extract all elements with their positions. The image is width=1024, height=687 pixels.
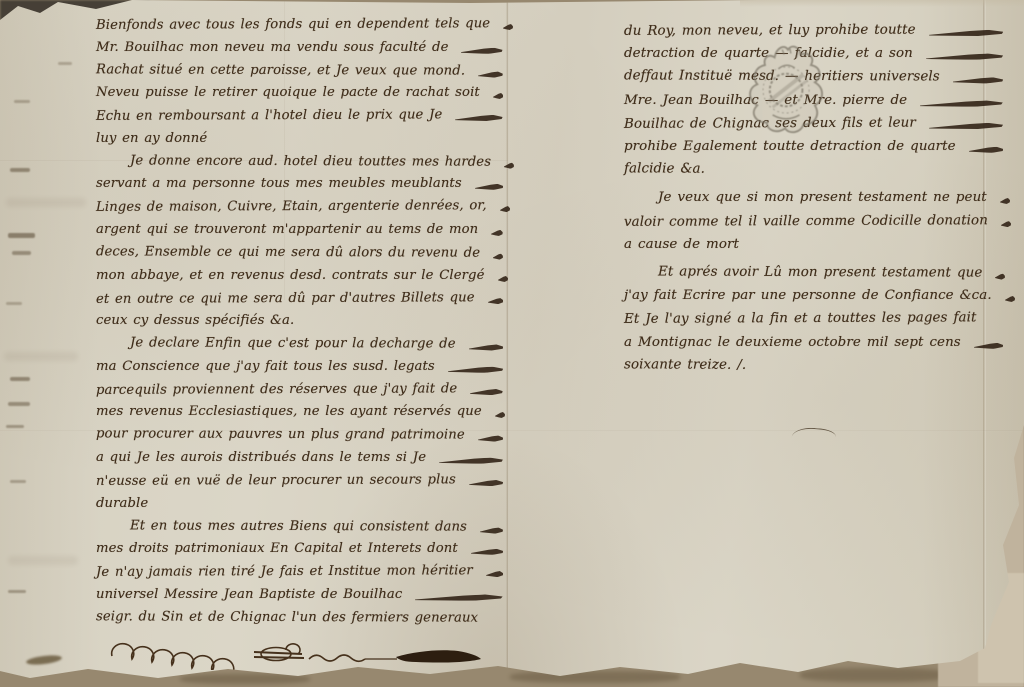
manuscript-line-text: Bienfonds avec tous les fonds qui en dep…: [96, 16, 490, 33]
manuscript-line-text: du Roy, mon neveu, et luy prohibe toutte: [624, 23, 916, 39]
ink-bleed-mark: [8, 402, 30, 406]
manuscript-line-text: Echu en remboursant a l'hotel dieu le pr…: [96, 107, 442, 124]
manuscript-line: pour procurer aux pauvres un plus grand …: [96, 423, 506, 447]
paper-sheet: Bienfonds avec tous les fonds qui en dep…: [0, 0, 1024, 687]
manuscript-line-text: Et en tous mes autres Biens qui consiste…: [130, 518, 467, 534]
ink-bleed-mark: [14, 100, 30, 103]
ink-bleed-mark: [10, 480, 26, 483]
manuscript-line: mon abbaye, et en revenus desd. contrats…: [96, 264, 506, 287]
ink-hairline-mark: [792, 426, 837, 441]
manuscript-line: mes droits patrimoniaux En Capital et In…: [96, 537, 506, 560]
manuscript-line-text: durable: [96, 496, 148, 511]
manuscript-line: Je declare Enfin que c'est pour la decha…: [96, 331, 506, 355]
manuscript-line-text: argent qui se trouveront m'appartenir au…: [96, 222, 478, 237]
center-fold-crease: [506, 0, 509, 687]
manuscript-line-text: servant a ma personne tous mes meubles m…: [96, 176, 462, 191]
manuscript-line-text: pour procurer aux pauvres un plus grand …: [96, 427, 465, 443]
ink-bleed-mark: [6, 425, 24, 428]
manuscript-line-text: Je declare Enfin que c'est pour la decha…: [130, 335, 456, 351]
manuscript-line: ceux cy dessus spécifiés &a.: [96, 309, 506, 332]
ink-bleed-mark: [8, 233, 35, 238]
manuscript-line: soixante treize. /.: [624, 353, 1006, 378]
manuscript-line: Echu en remboursant a l'hotel dieu le pr…: [96, 103, 506, 128]
manuscript-line: Et aprés avoir Lû mon present testament …: [624, 260, 1006, 285]
backdrop-blotch: [800, 668, 950, 682]
manuscript-line-text: j'ay fait Ecrire par une personne de Con…: [624, 288, 992, 303]
manuscript-line: Et en tous mes autres Biens qui consiste…: [96, 514, 506, 538]
manuscript-line: mes revenus Ecclesiastiques, ne les ayan…: [96, 401, 506, 424]
manuscript-line-text: ceux cy dessus spécifiés &a.: [96, 313, 294, 328]
manuscript-line: universel Messire Jean Baptiste de Bouil…: [96, 583, 506, 606]
manuscript-line: durable: [96, 492, 506, 515]
manuscript-line: parcequils proviennent des réserves que …: [96, 377, 506, 402]
manuscript-line-text: a Montignac le deuxieme octobre mil sept…: [624, 335, 961, 350]
manuscript-line: Bienfonds avec tous les fonds qui en dep…: [96, 12, 506, 37]
ghost-writing: [4, 352, 78, 361]
manuscript-line: a Montignac le deuxieme octobre mil sept…: [624, 330, 1006, 353]
manuscript-line: Je veux que si mon present testament ne …: [624, 186, 1006, 209]
ink-bleed-mark: [10, 168, 30, 172]
manuscript-line: luy en ay donné: [96, 127, 506, 150]
manuscript-line: falcidie &a.: [624, 157, 1006, 182]
manuscript-line-text: valoir comme tel il vaille comme Codicil…: [624, 213, 988, 230]
ghost-writing: [8, 556, 78, 565]
manuscript-line-text: soixante treize. /.: [624, 357, 746, 372]
manuscript-line-text: Linges de maison, Cuivre, Etain, argente…: [96, 198, 487, 215]
manuscript-line-text: Et aprés avoir Lû mon present testament …: [658, 264, 982, 280]
manuscript-line-text: et en outre ce qui me sera dû par d'autr…: [96, 290, 475, 307]
manuscript-line: seigr. du Sin et de Chignac l'un des fer…: [96, 605, 506, 629]
manuscript-line-text: a qui Je les aurois distribués dans le t…: [96, 450, 426, 465]
left-page-column: Bienfonds avec tous les fonds qui en dep…: [96, 13, 506, 629]
ghost-writing: [6, 198, 86, 207]
manuscript-line-text: Et Je l'ay signé a la fin et a touttes l…: [624, 311, 977, 328]
manuscript-line: Linges de maison, Cuivre, Etain, argente…: [96, 194, 506, 219]
manuscript-line-text: falcidie &a.: [624, 162, 705, 177]
manuscript-line-text: prohibe Egalement toutte detraction de q…: [624, 139, 956, 154]
manuscript-line-text: Je n'ay jamais rien tiré Je fais et Inst…: [96, 563, 473, 580]
manuscript-line-text: Neveu puisse le retirer quoique le pacte…: [96, 85, 480, 100]
manuscript-line: a cause de mort: [624, 233, 1006, 256]
manuscript-line: ma Conscience que j'ay fait tous les sus…: [96, 355, 506, 378]
manuscript-line-text: Mr. Bouilhac mon neveu ma vendu sous fac…: [96, 40, 448, 55]
manuscript-line-text: mon abbaye, et en revenus desd. contrats…: [96, 268, 485, 283]
notarial-ink-stamp-icon: [740, 40, 836, 140]
manuscript-line-text: Je donne encore aud. hotel dieu touttes …: [130, 153, 491, 169]
manuscript-line-text: mes droits patrimoniaux En Capital et In…: [96, 541, 458, 556]
manuscript-line-text: mes revenus Ecclesiastiques, ne les ayan…: [96, 404, 482, 419]
manuscript-line: Rachat situé en cette paroisse, et Je ve…: [96, 58, 506, 82]
backdrop-blotch: [180, 674, 310, 684]
ink-bleed-mark: [10, 377, 30, 381]
manuscript-line-text: a cause de mort: [624, 237, 739, 252]
manuscript-line: Je n'ay jamais rien tiré Je fais et Inst…: [96, 559, 506, 584]
ink-bleed-mark: [12, 251, 31, 255]
manuscript-line-text: seigr. du Sin et de Chignac l'un des fer…: [96, 609, 478, 625]
manuscript-line: a qui Je les aurois distribués dans le t…: [96, 446, 506, 469]
manuscript-line-text: n'eusse eü en vuë de leur procurer un se…: [96, 472, 456, 489]
ink-bleed-mark: [8, 590, 26, 593]
manuscript-line-text: deces, Ensemble ce qui me sera dû alors …: [96, 244, 480, 260]
signature-flourish-icon: [104, 632, 496, 670]
manuscript-line: Je donne encore aud. hotel dieu touttes …: [96, 149, 506, 173]
manuscript-line: servant a ma personne tous mes meubles m…: [96, 173, 506, 196]
manuscript-line-text: Je veux que si mon present testament ne …: [658, 190, 987, 205]
manuscript-line: Mr. Bouilhac mon neveu ma vendu sous fac…: [96, 36, 506, 59]
backdrop-blotch: [510, 671, 680, 683]
manuscript-line-text: universel Messire Jean Baptiste de Bouil…: [96, 587, 402, 602]
ink-bleed-mark: [58, 62, 72, 65]
manuscript-line-text: luy en ay donné: [96, 131, 207, 146]
manuscript-line: argent qui se trouveront m'appartenir au…: [96, 218, 506, 241]
manuscript-photo: Bienfonds avec tous les fonds qui en dep…: [0, 0, 1024, 687]
manuscript-line: deces, Ensemble ce qui me sera dû alors …: [96, 240, 506, 264]
manuscript-line: Neveu puisse le retirer quoique le pacte…: [96, 81, 506, 104]
manuscript-line: Et Je l'ay signé a la fin et a touttes l…: [624, 306, 1006, 331]
manuscript-line-text: parcequils proviennent des réserves que …: [96, 381, 457, 398]
manuscript-line: et en outre ce qui me sera dû par d'autr…: [96, 286, 506, 311]
manuscript-line: j'ay fait Ecrire par une personne de Con…: [624, 284, 1006, 307]
ink-smudge: [26, 654, 63, 666]
ink-bleed-mark: [6, 302, 22, 305]
manuscript-line-text: ma Conscience que j'ay fait tous les sus…: [96, 359, 435, 374]
top-right-fold-shadow: [740, 0, 1024, 7]
manuscript-line: valoir comme tel il vaille comme Codicil…: [624, 209, 1006, 234]
manuscript-line: n'eusse eü en vuë de leur procurer un se…: [96, 468, 506, 493]
manuscript-line-text: Rachat situé en cette paroisse, et Je ve…: [96, 62, 465, 78]
